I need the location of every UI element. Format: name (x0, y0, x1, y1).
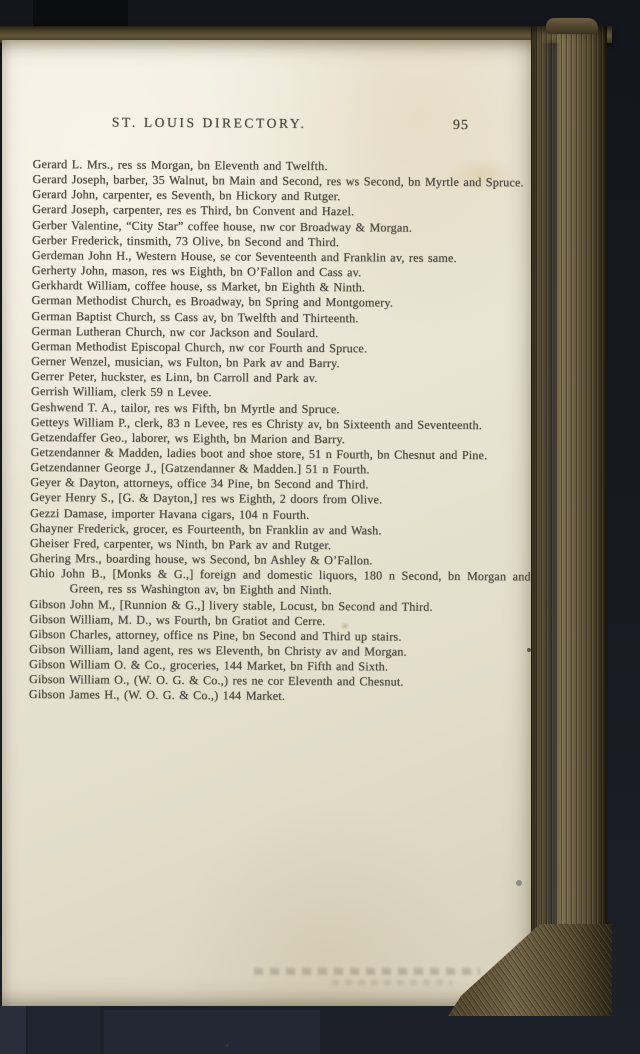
page-title: ST. LOUIS DIRECTORY. (112, 115, 307, 132)
directory-entries: Gerard L. Mrs., res ss Morgan, bn Eleven… (29, 157, 534, 706)
paper-speck (226, 1044, 229, 1047)
book-fore-edge-knob (546, 18, 598, 34)
book-photo: ST. LOUIS DIRECTORY. 95 Gerard L. Mrs., … (0, 0, 640, 1054)
background-band (28, 1002, 100, 1054)
show-through-smudge (254, 968, 480, 975)
book-fore-edge (531, 26, 607, 1010)
background-band (0, 1006, 26, 1054)
background-band (104, 1010, 320, 1054)
directory-entry: Ghio John B., [Monks & G.,] foreign and … (30, 566, 531, 600)
page-number: 95 (453, 118, 469, 134)
page-header: ST. LOUIS DIRECTORY. 95 (33, 114, 534, 139)
page-content: ST. LOUIS DIRECTORY. 95 Gerard L. Mrs., … (29, 114, 534, 706)
show-through-smudge (332, 980, 452, 985)
paper-speck (516, 880, 522, 886)
paper-speck (527, 648, 531, 652)
